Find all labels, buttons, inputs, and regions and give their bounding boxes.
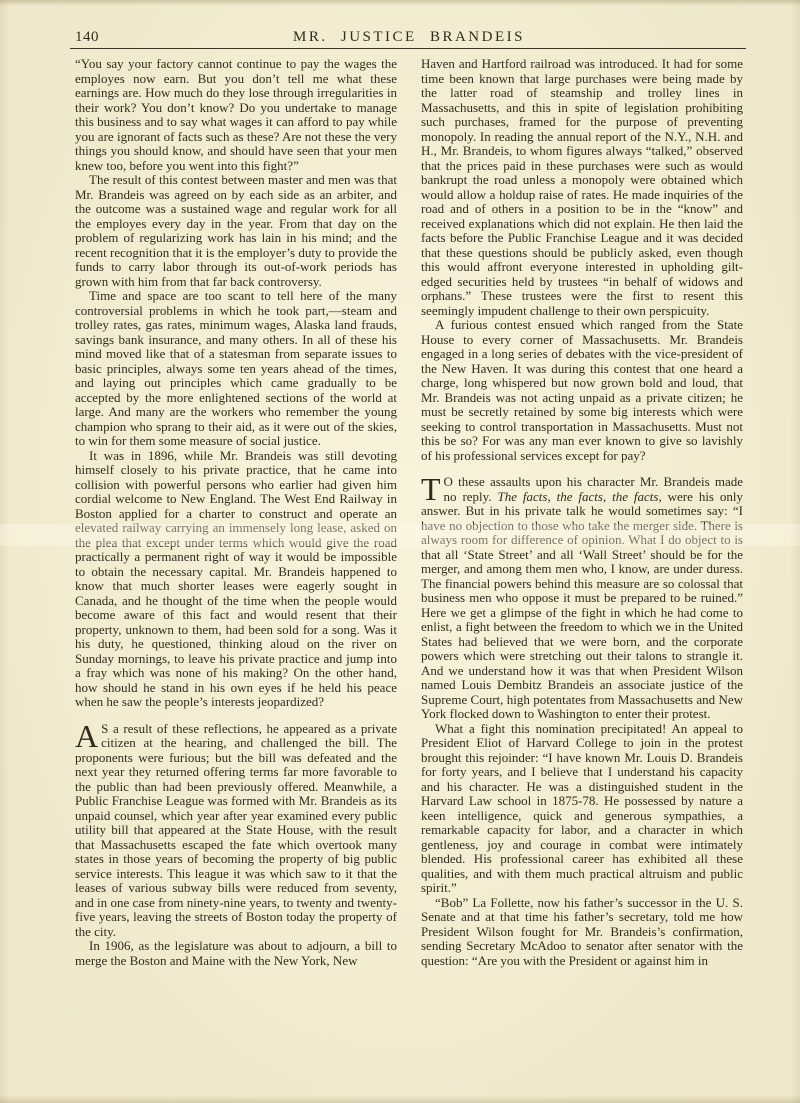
paragraph: It was in 1896, while Mr. Brandeis was s…	[75, 449, 397, 710]
paragraph-continuation: Haven and Hartford railroad was introduc…	[421, 57, 743, 318]
paragraph: “Bob” La Follette, now his father’s succ…	[421, 896, 743, 969]
paragraph: The result of this contest between maste…	[75, 173, 397, 289]
drop-cap-letter: T	[421, 475, 444, 502]
running-title: MR. JUSTICE BRANDEIS	[75, 29, 743, 46]
scanned-book-page: 140 MR. JUSTICE BRANDEIS “You say your f…	[0, 0, 800, 1103]
header-rule	[70, 48, 746, 49]
right-column: Haven and Hartford railroad was introduc…	[421, 57, 743, 968]
italic-phrase: The facts, the facts, the facts,	[498, 489, 662, 504]
left-column: “You say your factory cannot continue to…	[75, 57, 397, 968]
paragraph: In 1906, as the legislature was about to…	[75, 939, 397, 968]
paragraph-with-dropcap: AS a result of these reflections, he app…	[75, 722, 397, 940]
paragraph: Time and space are too scant to tell her…	[75, 289, 397, 449]
text-columns: “You say your factory cannot continue to…	[75, 57, 743, 968]
paragraph-quote: “You say your factory cannot continue to…	[75, 57, 397, 173]
paragraph-with-dropcap: TO these assaults upon his character Mr.…	[421, 475, 743, 722]
drop-cap-letter: A	[75, 722, 101, 749]
paragraph: A furious contest ensued which ranged fr…	[421, 318, 743, 463]
paragraph: What a fight this nomination precipitate…	[421, 722, 743, 896]
paragraph-text: S a result of these reflections, he appe…	[75, 721, 397, 939]
paragraph-text: were his only answer. But in his private…	[421, 489, 743, 722]
page-header: 140 MR. JUSTICE BRANDEIS	[75, 29, 743, 47]
